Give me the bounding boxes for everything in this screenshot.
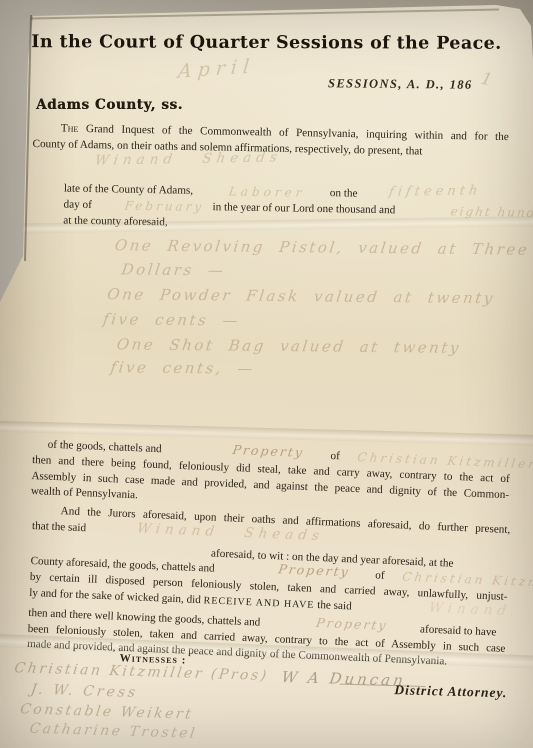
jurors-of-text: of: [375, 569, 385, 585]
goods-line-5: One Shot Bag valued at twenty: [116, 337, 462, 356]
handwritten-occupation: Laborer: [228, 184, 307, 201]
document-title: In the Court of Quarter Sessions of the …: [0, 32, 533, 54]
handwritten-property-1: Property: [231, 442, 305, 461]
handwritten-said-property: Winand Sheads: [428, 601, 533, 625]
paper-sheet: In the Court of Quarter Sessions of the …: [0, 0, 533, 748]
goods-line-6: five cents, —: [110, 360, 256, 377]
district-attorney-title: District Attorney.: [394, 682, 507, 701]
sessions-text: SESSIONS, A. D., 186: [328, 76, 473, 92]
aforesaid-have-text: aforesaid to have: [420, 622, 497, 641]
the-said-text: the said: [314, 599, 352, 613]
handwritten-property-2: Property: [277, 562, 351, 581]
jurors-paragraph: And the Jurors aforesaid, upon their oat…: [27, 503, 511, 673]
inquest-lead-word: The: [61, 123, 79, 135]
handwritten-day: fifteenth: [388, 183, 483, 200]
document-photograph: In the Court of Quarter Sessions of the …: [0, 0, 533, 748]
handwritten-property-3: Property: [315, 615, 389, 634]
signature-section: W A Duncan District Attorney.: [281, 666, 522, 713]
goods-line-2: Dollars —: [121, 262, 227, 279]
handwritten-month: February: [123, 198, 205, 215]
witnesses-section: Witnesses : Christian Kitzmiller (Pros) …: [9, 648, 292, 748]
on-the-text: on the: [330, 186, 358, 202]
receive-have-caps: RECEIVE AND HAVE: [203, 595, 314, 611]
handwritten-defendant-name: Winand Sheads: [94, 149, 283, 168]
district-attorney-signature: W A Duncan: [280, 670, 406, 689]
handwritten-term-month: April: [177, 55, 256, 83]
sessions-line: SESSIONS, A. D., 186: [328, 76, 473, 93]
charge-of-text: of: [330, 449, 340, 465]
county-caption: Adams County, ss.: [36, 97, 183, 113]
day-of-text: day of: [63, 197, 92, 213]
goods-line-4: five cents —: [102, 312, 241, 329]
stolen-goods-list: One Revolving Pistol, valued at Three Do…: [88, 232, 510, 386]
witness-name-4: Catharine Trostel: [28, 722, 198, 743]
handwritten-year-digit: 1: [479, 69, 496, 92]
goods-line-3: One Powder Flask valued at twenty: [106, 287, 495, 307]
that-said-text: that the said: [32, 519, 87, 537]
at-county-text: at the county aforesaid,: [63, 213, 168, 231]
witness-name-2: J. W. Cress: [29, 683, 139, 702]
goods-line-1: One Revolving Pistol, valued at Three: [114, 238, 530, 258]
